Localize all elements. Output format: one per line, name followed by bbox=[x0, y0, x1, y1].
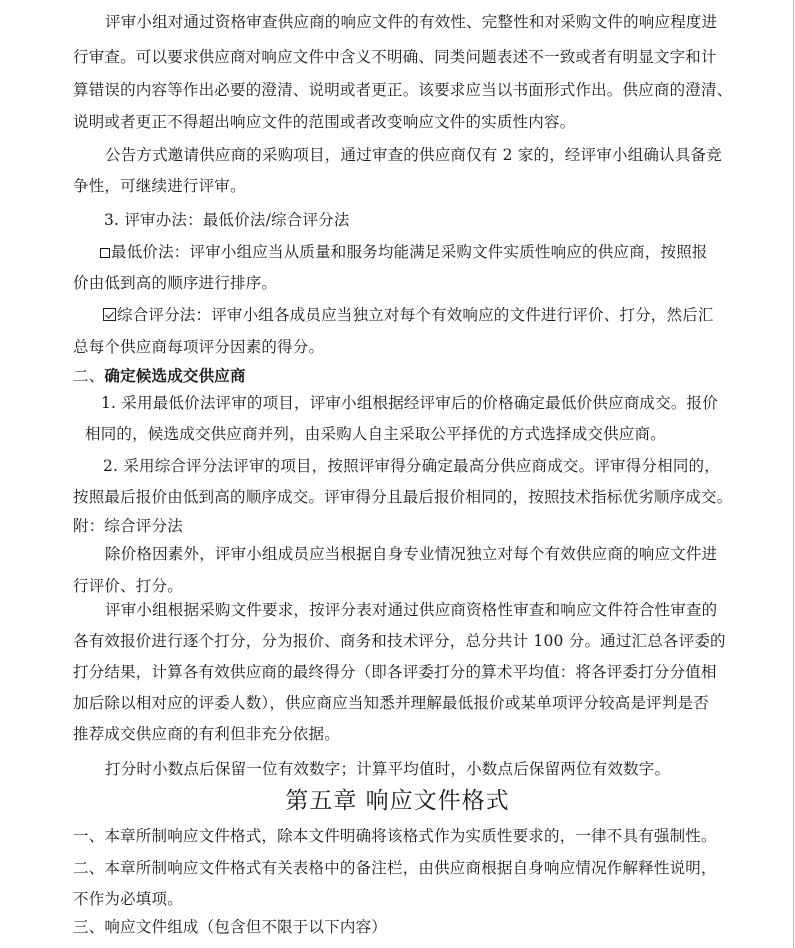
text-line: 价由低到高的顺序进行排序。 bbox=[73, 273, 277, 293]
chapter-title: 第五章 响应文件格式 bbox=[0, 786, 795, 816]
evaluation-method-heading: 3. 评审办法：最低价法/综合评分法 bbox=[104, 210, 350, 230]
checkbox-unchecked-icon[interactable] bbox=[100, 248, 110, 258]
text-line: 总每个供应商每项评分因素的得分。 bbox=[73, 337, 324, 357]
text-line: 相同的，候选成交供应商并列，由采购人自主采取公平择优的方式选择成交供应商。 bbox=[85, 424, 666, 444]
text-line: 推荐成交供应商的有利但非充分依据。 bbox=[73, 724, 340, 744]
chapter-item-3: 三、响应文件组成（包含但不限于以下内容） bbox=[73, 917, 387, 937]
chapter-item-1: 一、本章所制响应文件格式，除本文件明确将该格式作为实质性要求的，一律不具有强制性… bbox=[73, 826, 717, 846]
checkbox-checked-icon[interactable] bbox=[103, 308, 116, 321]
text-line: 算错误的内容等作出必要的澄清、说明或者更正。该要求应当以书面形式作出。供应商的澄… bbox=[73, 80, 732, 100]
appendix-heading: 附：综合评分法 bbox=[73, 516, 183, 536]
paragraph-decimal-rules: 打分时小数点后保留一位有效数字；计算平均值时，小数点后保留两位有效数字。 bbox=[105, 759, 670, 779]
section-heading: 二、确定候选成交供应商 bbox=[73, 366, 246, 386]
option-line: 综合评分法：评审小组各成员应当独立对每个有效响应的文件进行评价、打分，然后汇 bbox=[103, 305, 714, 325]
text-line: 加后除以相对应的评委人数），供应商应当知悉并理解最低报价或某单项评分较高是评判是… bbox=[73, 693, 709, 713]
text-line: 最低价法：评审小组应当从质量和服务均能满足采购文件实质性响应的供应商，按照报 bbox=[111, 243, 708, 261]
text-line: 行审查。可以要求供应商对响应文件中含义不明确、同类问题表述不一致或者有明显文字和… bbox=[73, 47, 717, 67]
text-line: 说明或者更正不得超出响应文件的范围或者改变响应文件的实质性内容。 bbox=[73, 112, 575, 132]
text-line: 各有效报价进行逐个打分，分为报价、商务和技术评分，总分共计 100 分。通过汇总… bbox=[73, 631, 726, 651]
option-line: 最低价法：评审小组应当从质量和服务均能满足采购文件实质性响应的供应商，按照报 bbox=[100, 242, 708, 262]
section-number: 二、 bbox=[73, 367, 104, 385]
text-line: 行评价、打分。 bbox=[73, 576, 183, 596]
text-line: 1. 采用最低价法评审的项目，评审小组根据经评审后的价格确定最低价供应商成交。报… bbox=[101, 393, 718, 413]
text-line: 二、本章所制响应文件格式有关表格中的备注栏，由供应商根据自身响应情况作解释性说明… bbox=[73, 858, 717, 878]
text-line: 综合评分法：评审小组各成员应当独立对每个有效响应的文件进行评价、打分，然后汇 bbox=[117, 306, 714, 324]
text-line: 评审小组根据采购文件要求，按评分表对通过供应商资格性审查和响应文件符合性审查的 bbox=[105, 600, 717, 620]
text-line: 除价格因素外，评审小组成员应当根据自身专业情况独立对每个有效供应商的响应文件进 bbox=[105, 544, 717, 564]
text-line: 争性，可继续进行评审。 bbox=[73, 176, 246, 196]
text-line: 评审小组对通过资格审查供应商的响应文件的有效性、完整性和对采购文件的响应程度进 bbox=[105, 12, 717, 32]
text-line: 不作为必填项。 bbox=[73, 889, 183, 909]
text-line: 按照最后报价由低到高的顺序成交。评审得分且最后报价相同的，按照技术指标优劣顺序成… bbox=[73, 487, 732, 507]
section-title: 确定候选成交供应商 bbox=[104, 366, 245, 385]
text-line: 2. 采用综合评分法评审的项目，按照评审得分确定最高分供应商成交。评审得分相同的… bbox=[103, 456, 720, 476]
text-line: 公告方式邀请供应商的采购项目，通过审查的供应商仅有 2 家的，经评审小组确认具备… bbox=[105, 145, 722, 165]
text-line: 打分结果，计算各有效供应商的最终得分（即各评委打分的算术平均值：将各评委打分分值… bbox=[73, 662, 717, 682]
